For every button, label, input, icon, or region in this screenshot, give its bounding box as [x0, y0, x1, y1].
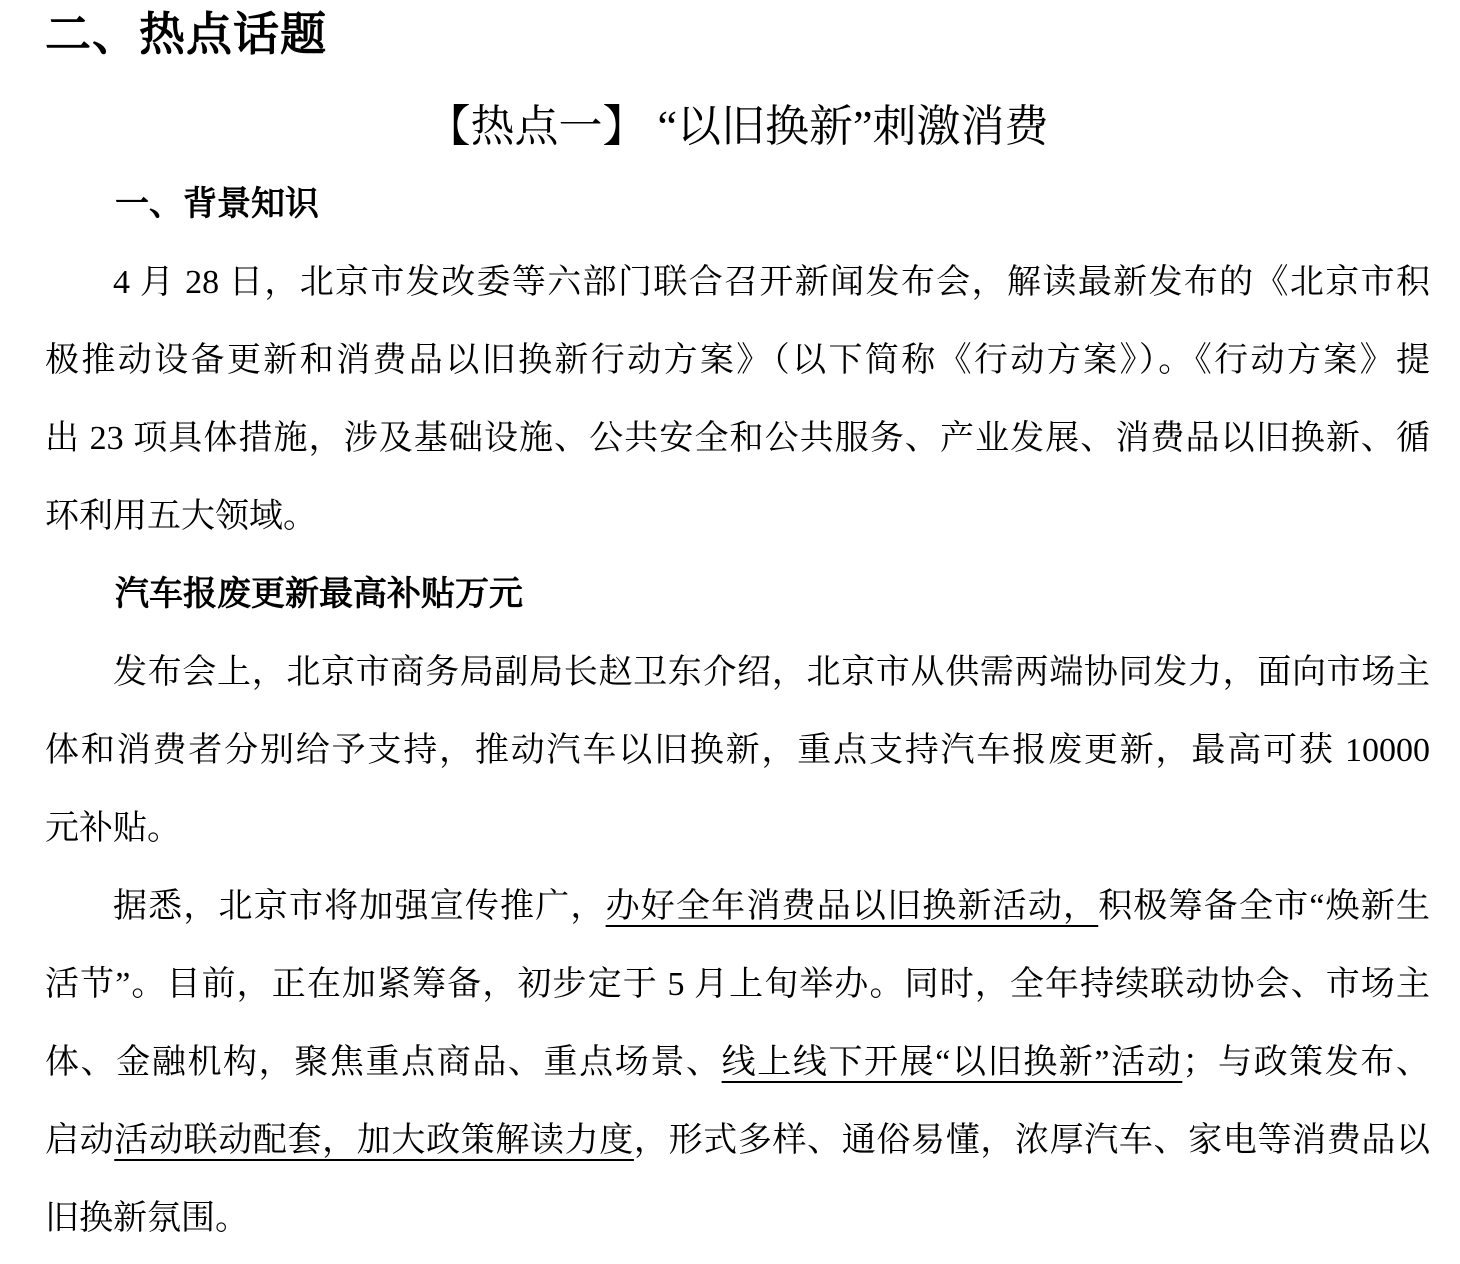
text-line: 环利用五大领域。 — [45, 478, 1430, 556]
background-knowledge-heading: 一、背景知识 — [45, 166, 1430, 244]
text-line: 旧换新氛围。 — [45, 1180, 1430, 1258]
text-segment: 启动 — [45, 1122, 114, 1159]
underlined-text: 线上线下开展“以旧换新”活动 — [722, 1044, 1183, 1081]
text-line: 4 月 28 日，北京市发改委等六部门联合召开新闻发布会，解读最新发布的《北京市… — [45, 244, 1430, 322]
text-line: 体、金融机构，聚焦重点商品、重点场景、线上线下开展“以旧换新”活动；与政策发布、 — [45, 1024, 1430, 1102]
text-segment: ；与政策发布、 — [1182, 1044, 1430, 1081]
underlined-text: 活动联动配套，加大政策解读力度 — [114, 1122, 634, 1159]
text-line: 发布会上，北京市商务局副局长赵卫东介绍，北京市从供需两端协同发力，面向市场主 — [45, 634, 1430, 712]
text-segment: ，形式多样、通俗易懂，浓厚汽车、家电等消费品以 — [634, 1122, 1430, 1159]
topic-title: 【热点一】 “以旧换新”刺激消费 — [45, 88, 1430, 166]
text-line: 据悉，北京市将加强宣传推广，办好全年消费品以旧换新活动，积极筹备全市“焕新生 — [45, 868, 1430, 946]
text-segment: 据悉，北京市将加强宣传推广， — [113, 888, 606, 925]
paragraph-promotion: 据悉，北京市将加强宣传推广，办好全年消费品以旧换新活动，积极筹备全市“焕新生 活… — [45, 868, 1430, 1258]
text-line: 体和消费者分别给予支持，推动汽车以旧换新，重点支持汽车报废更新，最高可获 100… — [45, 712, 1430, 790]
text-segment: 体、金融机构，聚焦重点商品、重点场景、 — [45, 1044, 722, 1081]
text-line: 元补贴。 — [45, 790, 1430, 868]
underlined-text: 办好全年消费品以旧换新活动， — [606, 888, 1099, 925]
paragraph-car-subsidy: 发布会上，北京市商务局副局长赵卫东介绍，北京市从供需两端协同发力，面向市场主 体… — [45, 634, 1430, 868]
car-subsidy-heading: 汽车报废更新最高补贴万元 — [45, 556, 1430, 634]
document-page: 二、热点话题 【热点一】 “以旧换新”刺激消费 一、背景知识 4 月 28 日，… — [0, 0, 1460, 1264]
text-line: 极推动设备更新和消费品以旧换新行动方案》（以下简称《行动方案》）。《行动方案》提 — [45, 322, 1430, 400]
text-line: 启动活动联动配套，加大政策解读力度，形式多样、通俗易懂，浓厚汽车、家电等消费品以 — [45, 1102, 1430, 1180]
section-heading: 二、热点话题 — [45, 8, 1430, 60]
text-line: 出 23 项具体措施，涉及基础设施、公共安全和公共服务、产业发展、消费品以旧换新… — [45, 400, 1430, 478]
text-line: 活节”。目前，正在加紧筹备，初步定于 5 月上旬举办。同时，全年持续联动协会、市… — [45, 946, 1430, 1024]
text-segment: 积极筹备全市“焕新生 — [1098, 888, 1430, 925]
paragraph-policy-overview: 4 月 28 日，北京市发改委等六部门联合召开新闻发布会，解读最新发布的《北京市… — [45, 244, 1430, 556]
